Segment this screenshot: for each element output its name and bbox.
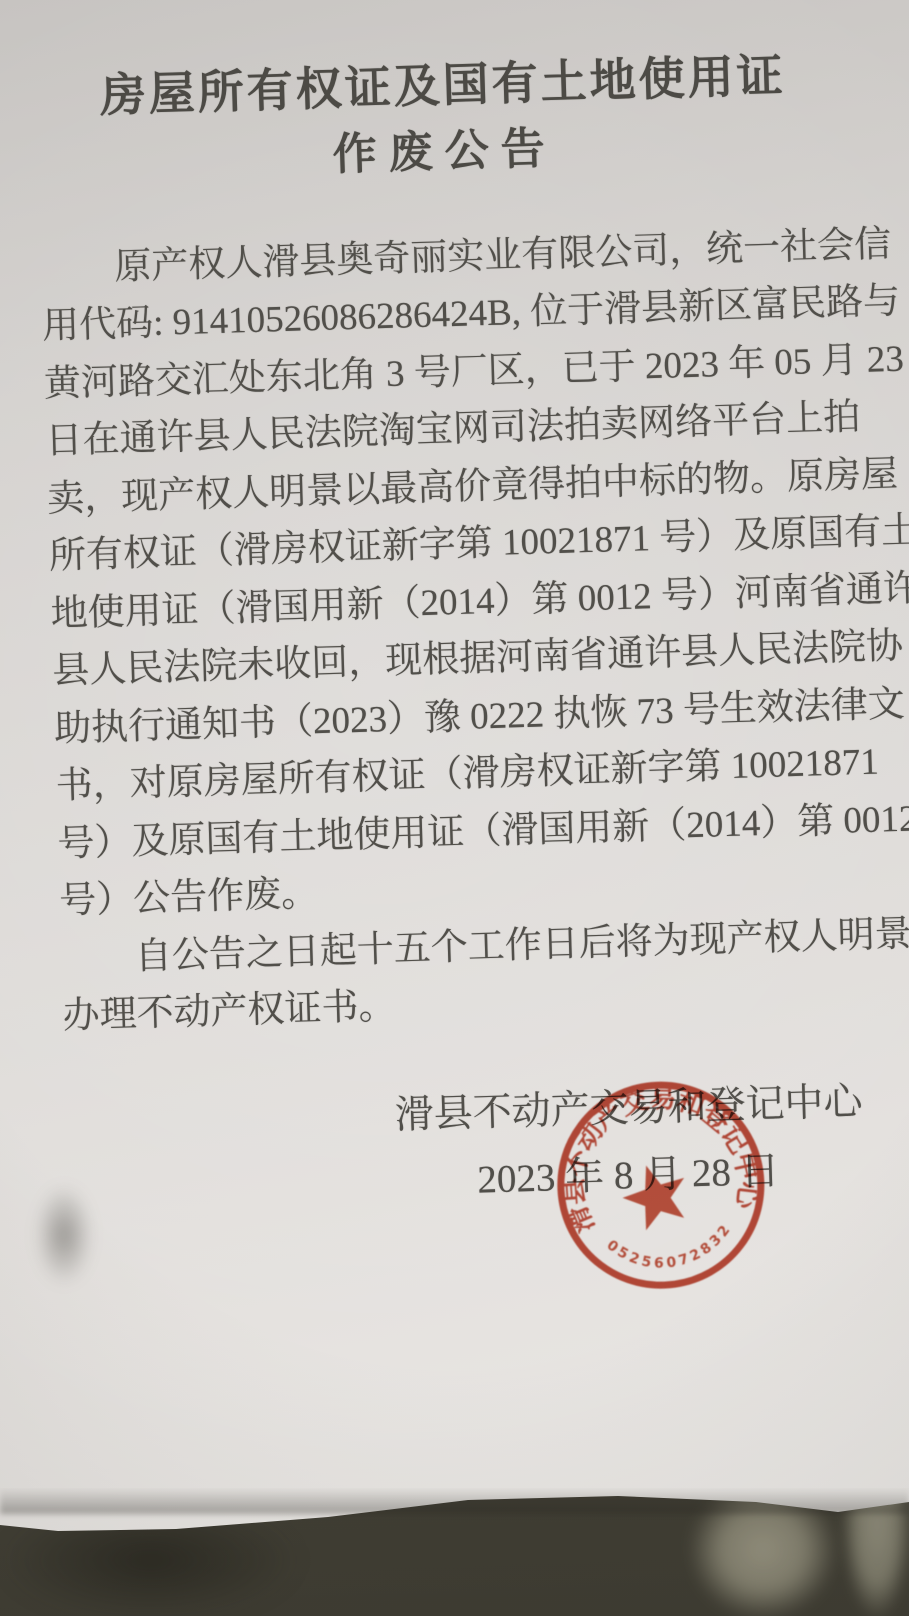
seal-graphic: 滑县不动产交易和登记中心 05256072832 (542, 1066, 781, 1305)
notice-document: 房屋所有权证及国有土地使用证 作废公告 原产权人滑县奥奇丽实业有限公司，统一社会… (35, 46, 884, 1216)
paper-edge-shadow (0, 1488, 909, 1514)
official-seal: 滑县不动产交易和登记中心 05256072832 (542, 1066, 781, 1305)
seal-star-icon (619, 1161, 691, 1233)
notice-title-line2: 作废公告 (37, 114, 853, 191)
body-lines: 原产权人滑县奥奇丽实业有限公司，统一社会信用代码: 91410526086286… (40, 217, 879, 1046)
